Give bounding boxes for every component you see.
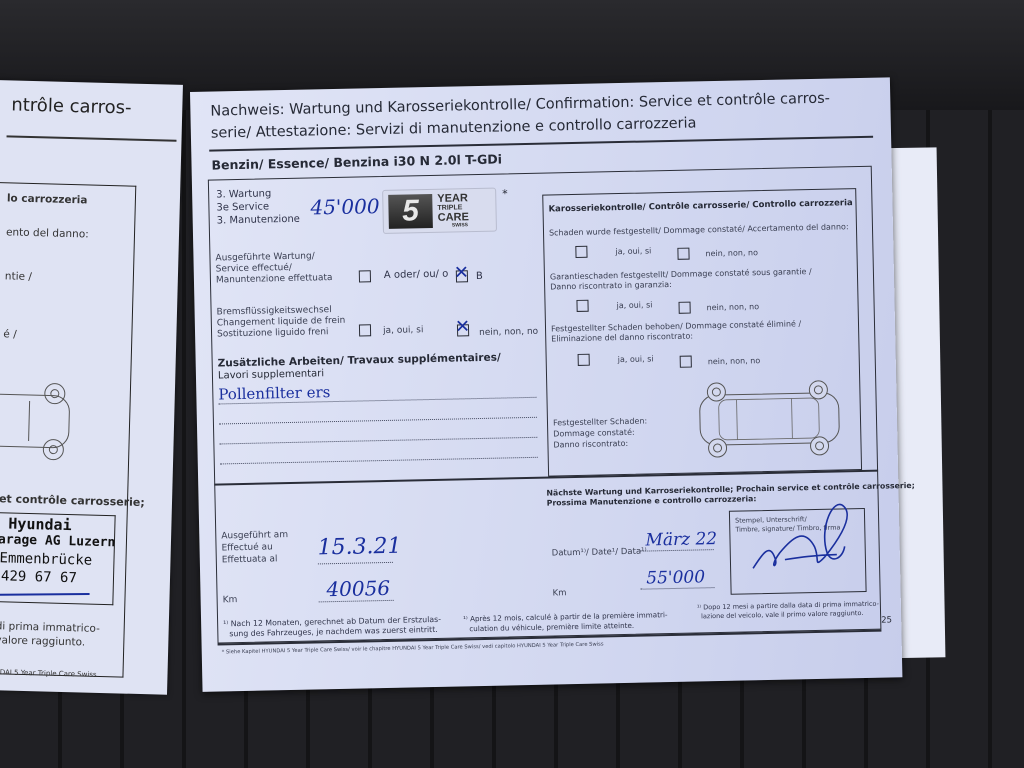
service-km-handwritten: 45'000: [310, 194, 380, 219]
performed-label: Ausgeführt am: [221, 530, 288, 541]
brake-fluid-no-label: nein, non, no: [479, 327, 538, 338]
performed-label: Effettuata al: [222, 554, 278, 565]
stamp-line: 429 67 67: [1, 568, 77, 586]
page-title-line2: serie/ Attestazione: Servizi di manutenz…: [211, 115, 697, 141]
logo-number: 5: [388, 194, 433, 229]
damage-found-no-checkbox[interactable]: [677, 248, 689, 260]
yes-label: ja, oui, si: [616, 300, 652, 310]
stamp-line: arage AG Luzern: [0, 532, 116, 550]
left-footnote: valore raggiunto.: [0, 634, 85, 648]
page-title-line1: Nachweis: Wartung und Karosseriekontroll…: [210, 91, 830, 120]
warranty-damage-yes-checkbox[interactable]: [576, 300, 588, 312]
car-diagram-icon: [0, 379, 85, 462]
car-diagram-icon[interactable]: [696, 378, 843, 459]
service-done-label: Service effectué/: [216, 263, 292, 275]
service-label-de: 3. Wartung: [216, 188, 271, 200]
no-label: nein, non, no: [708, 356, 761, 366]
vehicle-subtitle: Benzin/ Essence/ Benzina i30 N 2.0l T-GD…: [211, 151, 502, 172]
brake-fluid-yes-label: ja, oui, si: [383, 325, 424, 336]
performed-km-handwritten: 40056: [326, 576, 390, 601]
damage-fixed-yes-checkbox[interactable]: [578, 354, 590, 366]
logo-asterisk: *: [502, 187, 508, 200]
service-record-page: Nachweis: Wartung und Karosseriekontroll…: [190, 77, 902, 692]
additional-work-entry: Pollenfilter ers: [218, 383, 330, 403]
left-page-rule: [7, 135, 177, 141]
damage-label: Danno riscontrato:: [553, 439, 628, 450]
left-line: ntie /: [5, 270, 32, 283]
service-a-checkbox[interactable]: [359, 270, 371, 282]
service-label-it: 3. Manutenzione: [217, 214, 300, 227]
service-label-fr: 3e Service: [216, 201, 269, 213]
next-date-label: Datum¹⁾/ Date¹/ Data¹⁾: [552, 547, 647, 559]
check-mark-icon: ✕: [454, 262, 470, 283]
logo-text: SWISS: [452, 222, 468, 228]
damage-label: Dommage constaté:: [553, 428, 635, 439]
left-page-title: ntrôle carros-: [11, 94, 132, 118]
stamp-line: Emmenbrücke: [0, 550, 92, 568]
performed-date-handwritten: 15.3.21: [317, 534, 401, 561]
next-date-handwritten: März 22: [645, 529, 717, 550]
damage-found-yes-checkbox[interactable]: [575, 246, 587, 258]
warranty-damage-no-checkbox[interactable]: [679, 302, 691, 314]
stamp-line: Hyundai: [8, 515, 72, 535]
next-km-handwritten: 55'000: [646, 567, 705, 588]
next-km-label: Km: [552, 588, 566, 598]
left-footnote: di prima immatrico-: [0, 620, 100, 635]
service-done-label: Ausgeführte Wartung/: [215, 251, 314, 263]
no-label: nein, non, no: [705, 248, 758, 258]
left-footer: NDAI 5 Year Triple Care Swiss: [0, 668, 97, 679]
performed-km-label: Km: [223, 595, 238, 605]
left-line: é /: [3, 328, 17, 340]
yes-label: ja, oui, si: [618, 354, 654, 364]
brake-fluid-yes-checkbox[interactable]: [359, 324, 371, 336]
check-mark-icon: ✕: [455, 316, 471, 337]
five-year-triple-care-logo: 5 YEAR TRIPLE CARE SWISS: [382, 188, 497, 234]
service-b-label: B: [476, 271, 483, 282]
performed-label: Effectué au: [221, 542, 272, 553]
left-box-heading: lo carrozzeria: [7, 192, 88, 206]
damage-fixed-no-checkbox[interactable]: [680, 356, 692, 368]
signature-scribble: [744, 496, 861, 583]
service-a-label: A oder/ ou/ o: [384, 269, 449, 281]
logo-text: YEAR: [437, 192, 468, 205]
additional-work-heading: Lavori supplementari: [218, 368, 324, 381]
no-label: nein, non, no: [707, 302, 760, 312]
page-number: 25: [881, 615, 892, 625]
yes-label: ja, oui, si: [615, 246, 651, 256]
left-page: ntrôle carros- lo carrozzeria ento del d…: [0, 79, 183, 694]
left-line: ento del danno:: [6, 226, 89, 240]
